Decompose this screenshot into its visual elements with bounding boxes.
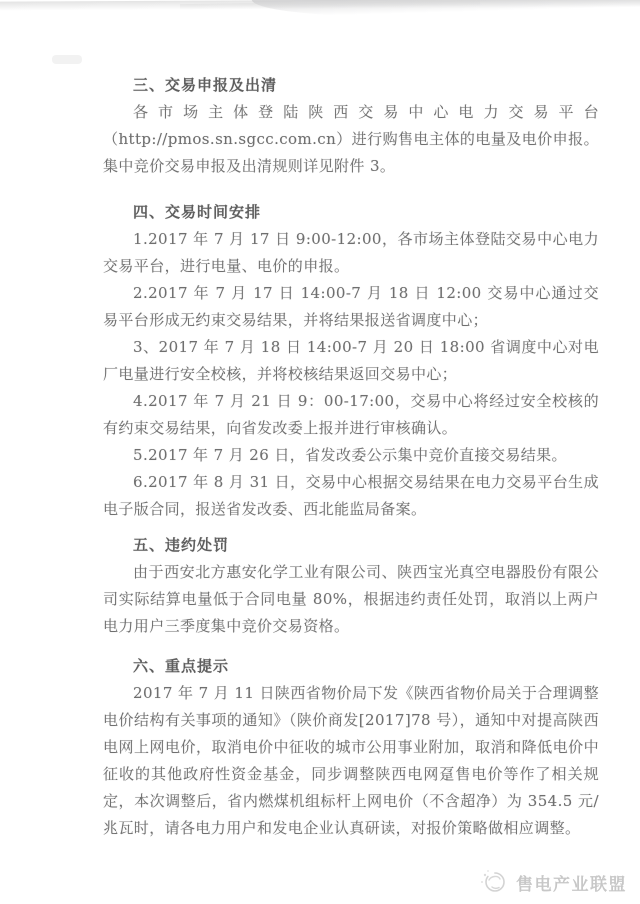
section-heading: 四、交易时间安排 (103, 199, 599, 226)
paragraph: 2017 年 7 月 11 日陕西省物价局下发《陕西省物价局关于合理调整电价结构… (103, 680, 599, 842)
paragraph: 4.2017 年 7 月 21 日 9：00-17:00，交易中心将经过安全校核… (103, 388, 599, 442)
document-body: 三、交易申报及出清 各市场主体登陆陕西交易中心电力交易平台（http://pmo… (103, 72, 599, 842)
paragraph: 3、2017 年 7 月 18 日 14:00-7 月 20 日 18:00 省… (103, 334, 599, 388)
section-trade-declaration: 三、交易申报及出清 各市场主体登陆陕西交易中心电力交易平台（http://pmo… (103, 72, 599, 180)
paragraph: 1.2017 年 7 月 17 日 9:00-12:00，各市场主体登陆交易中心… (103, 226, 599, 280)
section-heading: 六、重点提示 (103, 653, 599, 680)
alliance-logo-icon (479, 867, 509, 897)
scan-smudge (52, 55, 82, 64)
paragraph: 2.2017 年 7 月 17 日 14:00-7 月 18 日 12:00 交… (103, 280, 599, 334)
paragraph: 由于西安北方惠安化学工业有限公司、陕西宝光真空电器股份有限公司实际结算电量低于合… (103, 559, 599, 640)
watermark-label: 售电产业联盟 (516, 870, 627, 895)
section-heading: 五、违约处罚 (103, 532, 599, 559)
section-trade-schedule: 四、交易时间安排 1.2017 年 7 月 17 日 9:00-12:00，各市… (103, 199, 599, 523)
section-key-notes: 六、重点提示 2017 年 7 月 11 日陕西省物价局下发《陕西省物价局关于合… (103, 653, 599, 842)
section-breach-penalty: 五、违约处罚 由于西安北方惠安化学工业有限公司、陕西宝光真空电器股份有限公司实际… (103, 532, 599, 640)
paragraph: 6.2017 年 8 月 31 日，交易中心根据交易结果在电力交易平台生成电子版… (103, 469, 599, 523)
section-heading: 三、交易申报及出清 (103, 72, 599, 99)
paragraph: 各市场主体登陆陕西交易中心电力交易平台（http://pmos.sn.sgcc.… (103, 99, 599, 180)
scanned-document-page: 三、交易申报及出清 各市场主体登陆陕西交易中心电力交易平台（http://pmo… (0, 0, 640, 904)
paragraph: 5.2017 年 7 月 26 日，省发改委公示集中竞价直接交易结果。 (103, 442, 599, 469)
watermark: 售电产业联盟 (479, 867, 627, 897)
